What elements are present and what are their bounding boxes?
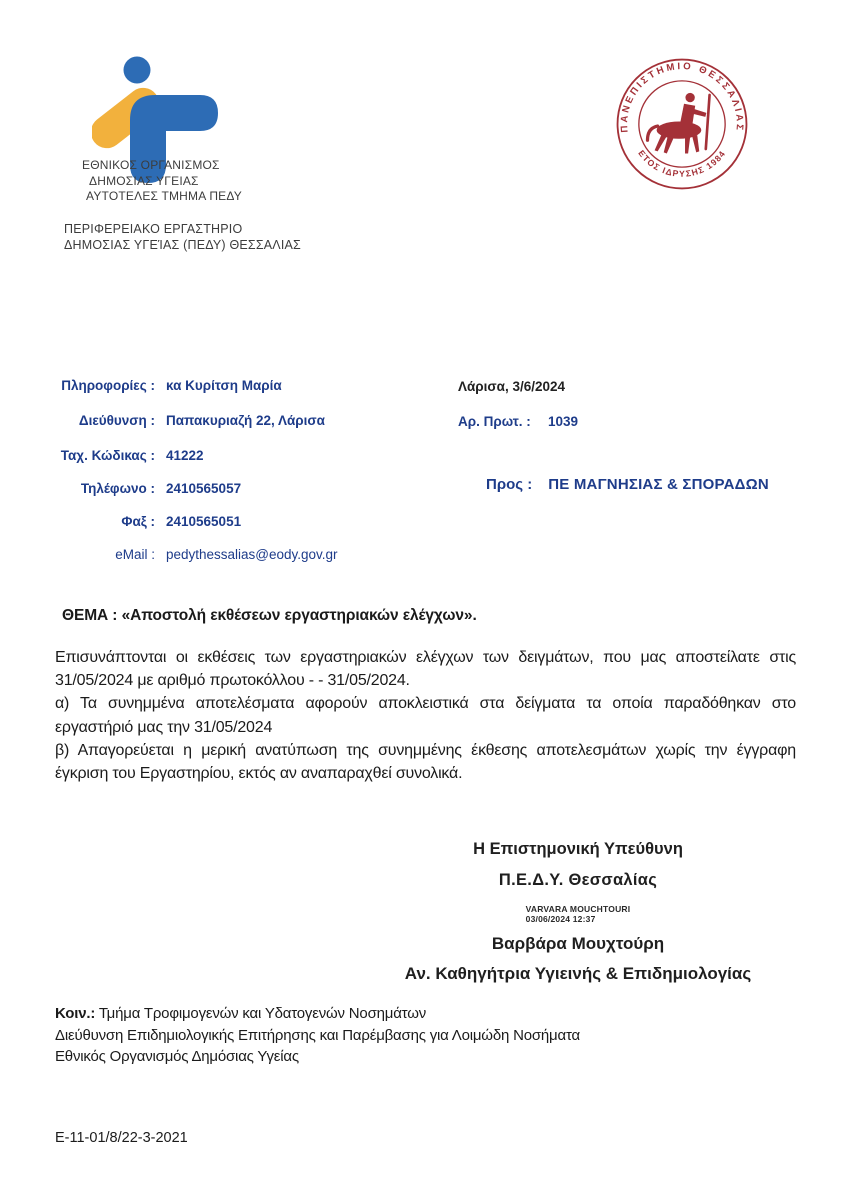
signatory-organization: Π.Ε.Δ.Υ. Θεσσαλίας — [358, 871, 798, 890]
centaur-figure-icon — [647, 93, 710, 154]
contact-label: Διεύθυνση : — [40, 413, 155, 428]
cc-line: Κοιν.: Τμήμα Τροφιμογενών και Υδατογενών… — [55, 1003, 655, 1025]
contact-value: 2410565051 — [166, 514, 241, 529]
contact-label: Τηλέφωνο : — [40, 481, 155, 496]
body-paragraph: Επισυνάπτονται οι εκθέσεις των εργαστηρι… — [55, 646, 796, 692]
contact-value: 2410565057 — [166, 481, 241, 496]
cc-line: Εθνικός Οργανισμός Δημόσιας Υγείας — [55, 1046, 655, 1068]
protocol-number-row: Αρ. Πρωτ. : 1039 — [458, 414, 578, 429]
subject-line: ΘΕΜΑ : «Αποστολή εκθέσεων εργαστηριακών … — [62, 607, 477, 625]
body-paragraph: β) Απαγορεύεται η μερική ανατύπωση της σ… — [55, 739, 796, 785]
contact-row-postal-code: Ταχ. Κώδικας : 41222 — [40, 448, 204, 463]
digital-signature-name: VARVARA MOUCHTOURI — [526, 904, 631, 914]
signature-block: Η Επιστημονική Υπεύθυνη Π.Ε.Δ.Υ. Θεσσαλί… — [358, 840, 798, 984]
letter-body: Επισυνάπτονται οι εκθέσεις των εργαστηρι… — [55, 646, 796, 785]
contact-email-value: pedythessalias@eody.gov.gr — [166, 547, 338, 562]
contact-label: Πληροφορίες : — [40, 378, 155, 393]
university-of-thessaly-seal-icon: ΠΑΝΕΠΙΣΤΗΜΙΟ ΘΕΣΣΑΛΙΑΣ ΕΤΟΣ ΙΔΡΥΣΗΣ 1984 — [615, 57, 749, 191]
scanned-letter-page: ΕΘΝΙΚΟΣ ΟΡΓΑΝΙΣΜΟΣ ΔΗΜΟΣΙΑΣ ΥΓΕΙΑΣ ΑΥΤΟΤ… — [0, 0, 848, 1200]
letter-date: Λάρισα, 3/6/2024 — [458, 379, 565, 394]
org-line: ΑΥΤΟΤΕΛΕΣ ΤΜΗΜΑ ΠΕΔΥ — [82, 189, 242, 205]
recipient-value: ΠΕ ΜΑΓΝΗΣΙΑΣ & ΣΠΟΡΑΔΩΝ — [548, 476, 769, 493]
cc-block: Κοιν.: Τμήμα Τροφιμογενών και Υδατογενών… — [55, 1003, 655, 1068]
organization-name: ΕΘΝΙΚΟΣ ΟΡΓΑΝΙΣΜΟΣ ΔΗΜΟΣΙΑΣ ΥΓΕΙΑΣ ΑΥΤΟΤ… — [82, 158, 242, 205]
contact-info-block: Πληροφορίες : κα Κυρίτση Μαρία Διεύθυνση… — [40, 370, 400, 580]
contact-value: 41222 — [166, 448, 204, 463]
contact-row-phone: Τηλέφωνο : 2410565057 — [40, 481, 241, 496]
laboratory-name: ΠΕΡΙΦΕΡΕΙΑΚΟ ΕΡΓΑΣΤΗΡΙΟ ΔΗΜΟΣΙΑΣ ΥΓΕΊΑΣ … — [64, 222, 301, 253]
logo-head-blue — [124, 57, 151, 84]
signatory-role: Η Επιστημονική Υπεύθυνη — [358, 840, 798, 859]
cc-recipient: Τμήμα Τροφιμογενών και Υδατογενών Νοσημά… — [95, 1005, 426, 1022]
digital-signature-timestamp: 03/06/2024 12:37 — [526, 914, 631, 924]
lab-line: ΠΕΡΙΦΕΡΕΙΑΚΟ ΕΡΓΑΣΤΗΡΙΟ — [64, 222, 301, 238]
contact-value: Παπακυριαζή 22, Λάρισα — [166, 413, 325, 428]
recipient-label: Προς : — [486, 476, 532, 493]
signatory-title: Αν. Καθηγήτρια Υγιεινής & Επιδημιολογίας — [358, 964, 798, 984]
lab-line: ΔΗΜΟΣΙΑΣ ΥΓΕΊΑΣ (ΠΕΔΥ) ΘΕΣΣΑΛΙΑΣ — [64, 238, 301, 254]
org-line: ΕΘΝΙΚΟΣ ΟΡΓΑΝΙΣΜΟΣ — [82, 158, 242, 174]
protocol-value: 1039 — [548, 414, 578, 429]
contact-row-address: Διεύθυνση : Παπακυριαζή 22, Λάρισα — [40, 413, 325, 428]
cc-line: Διεύθυνση Επιδημιολογικής Επιτήρησης και… — [55, 1025, 655, 1047]
form-code: Ε-11-01/8/22-3-2021 — [55, 1130, 188, 1146]
contact-row-email: eMail : pedythessalias@eody.gov.gr — [40, 547, 338, 562]
contact-label: Φαξ : — [40, 514, 155, 529]
contact-row-informant: Πληροφορίες : κα Κυρίτση Μαρία — [40, 378, 282, 393]
contact-value: κα Κυρίτση Μαρία — [166, 378, 282, 393]
recipient-row: Προς : ΠΕ ΜΑΓΝΗΣΙΑΣ & ΣΠΟΡΑΔΩΝ — [486, 476, 769, 493]
contact-row-fax: Φαξ : 2410565051 — [40, 514, 241, 529]
contact-label: eMail : — [40, 547, 155, 562]
cc-label: Κοιν.: — [55, 1005, 95, 1022]
contact-label: Ταχ. Κώδικας : — [40, 448, 155, 463]
org-line: ΔΗΜΟΣΙΑΣ ΥΓΕΙΑΣ — [82, 174, 242, 190]
body-paragraph: α) Τα συνημμένα αποτελέσματα αφορούν απο… — [55, 692, 796, 738]
digital-signature-stamp: VARVARA MOUCHTOURI 03/06/2024 12:37 — [526, 904, 631, 924]
protocol-label: Αρ. Πρωτ. : — [458, 414, 548, 429]
signatory-name: Βαρβάρα Μουχτούρη — [358, 934, 798, 954]
